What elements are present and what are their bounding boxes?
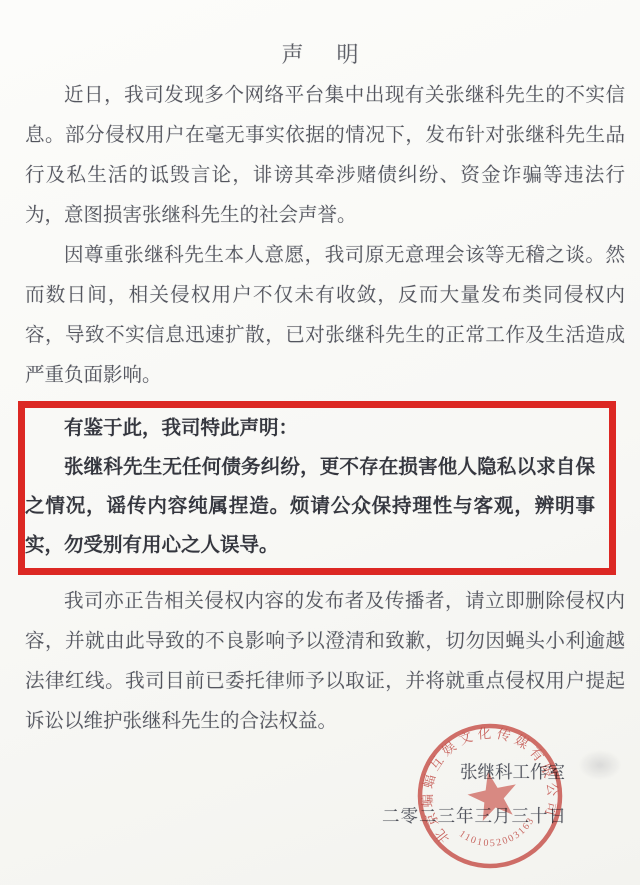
statement-lead-line: 有鉴于此，我司特此声明：	[25, 409, 595, 448]
document-title: 声明	[0, 0, 640, 69]
scan-smudge-artifact	[578, 750, 622, 780]
statement-date: 二零二三年三月三十日	[0, 796, 640, 836]
paragraph-intro: 近日，我司发现多个网络平台集中出现有关张继科先生的不实信息。部分侵权用户在毫无事…	[0, 76, 640, 236]
paragraph-closing-warning: 我司亦正告相关侵权内容的发布者及传播者，请立即删除侵权内容，并就由此导致的不良影…	[0, 582, 640, 742]
statement-body-line: 张继科先生无任何债务纠纷，更不存在损害他人隐私以求自保之情况，谣传内容纯属捏造。…	[25, 448, 595, 565]
signature-block: 张继科工作室 二零二三年三月三十日	[0, 752, 640, 836]
paragraph-background: 因尊重张继科先生本人意愿，我司原无意理会该等无稽之谈。然而数日间，相关侵权用户不…	[0, 236, 640, 396]
highlighted-statement-box: 有鉴于此，我司特此声明： 张继科先生无任何债务纠纷，更不存在损害他人隐私以求自保…	[18, 401, 616, 575]
statement-document-page: 声明 近日，我司发现多个网络平台集中出现有关张继科先生的不实信息。部分侵权用户在…	[0, 0, 640, 885]
signature-studio-name: 张继科工作室	[0, 752, 640, 792]
